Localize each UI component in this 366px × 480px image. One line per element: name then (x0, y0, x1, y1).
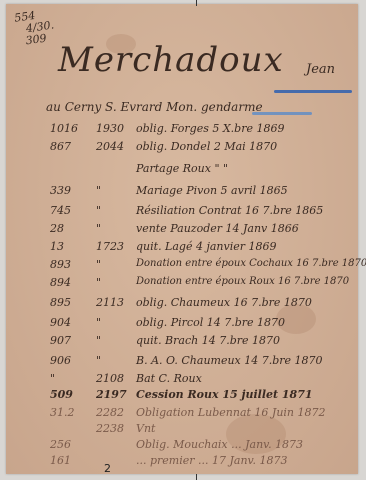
corner-numbers: 554 4/30. 309 (14, 8, 57, 49)
tick-mark (196, 474, 197, 480)
page-number: 2 (104, 462, 111, 475)
blue-underline (274, 90, 352, 93)
tick-mark (196, 0, 197, 6)
document-page: 554 4/30. 309 Merchadoux Jean au Cerny S… (6, 4, 358, 474)
first-name: Jean (306, 62, 335, 77)
blue-underline (252, 112, 312, 115)
document-subtitle: au Cerny S. Evrard Mon. gendarme (46, 100, 263, 114)
document-title: Merchadoux (58, 40, 284, 80)
